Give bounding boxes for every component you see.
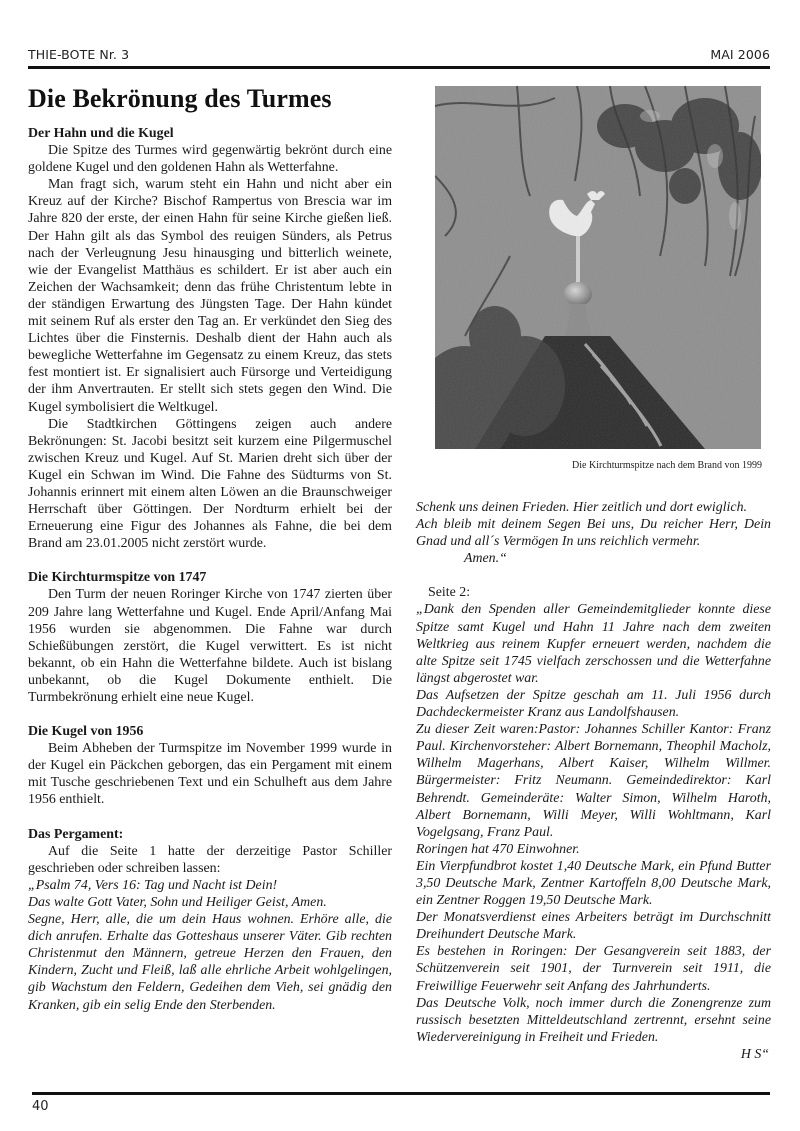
quote-line: „Dank den Spenden aller Gemeindemitglied…	[416, 601, 771, 686]
quote-line: Schenk uns deinen Frieden. Hier zeitlich…	[416, 499, 771, 516]
newsletter-page: THIE-BOTE Nr. 3 MAI 2006 Die Bekrönung d…	[0, 0, 800, 1131]
spacer	[28, 706, 392, 723]
paragraph: Den Turm der neuen Roringer Kirche von 1…	[28, 586, 392, 706]
paragraph: Die Stadtkirchen Göttingens zeigen auch …	[28, 416, 392, 553]
quote-line: Das Deutsche Volk, noch immer durch die …	[416, 995, 771, 1046]
page-two-label: Seite 2:	[416, 584, 771, 601]
spacer	[416, 567, 771, 584]
publication-name: THIE-BOTE Nr. 3	[28, 47, 129, 62]
spire-photo	[435, 86, 761, 449]
left-column: Der Hahn und die Kugel Die Spitze des Tu…	[28, 125, 392, 1014]
section-heading: Das Pergament:	[28, 826, 392, 843]
section-heading: Die Kirchturmspitze von 1747	[28, 569, 392, 586]
signature: H S“	[416, 1046, 771, 1063]
church-spire-weathervane-rooster-image	[435, 86, 761, 449]
photo-caption: Die Kirchturmspitze nach dem Brand von 1…	[416, 460, 762, 471]
quote-line: Es bestehen in Roringen: Der Gesangverei…	[416, 943, 771, 994]
spacer	[28, 809, 392, 826]
paragraph: Die Spitze des Turmes wird gegenwärtig b…	[28, 142, 392, 176]
quote-line: Ach bleib mit deinem Segen Bei uns, Du r…	[416, 516, 771, 550]
quote-line: Ein Vierpfundbrot kostet 1,40 Deutsche M…	[416, 858, 771, 909]
quote-line: Roringen hat 470 Einwohner.	[416, 841, 771, 858]
page-number: 40	[32, 1099, 49, 1114]
article-title: Die Bekrönung des Turmes	[28, 84, 332, 114]
quote-line: Der Monatsverdienst eines Arbeiters betr…	[416, 909, 771, 943]
quote-line: Das walte Gott Vater, Sohn und Heiliger …	[28, 894, 392, 911]
spacer	[28, 552, 392, 569]
paragraph: Auf die Seite 1 hatte der derzeitige Pas…	[28, 843, 392, 877]
section-heading: Der Hahn und die Kugel	[28, 125, 392, 142]
quote-line: Das Aufsetzen der Spitze geschah am 11. …	[416, 687, 771, 721]
quote-line: Segne, Herr, alle, die um dein Haus wohn…	[28, 911, 392, 1014]
quote-line: „Psalm 74, Vers 16: Tag und Nacht ist De…	[28, 877, 392, 894]
section-heading: Die Kugel von 1956	[28, 723, 392, 740]
paragraph: Beim Abheben der Turmspitze im November …	[28, 740, 392, 808]
paragraph: Man fragt sich, warum steht ein Hahn und…	[28, 176, 392, 415]
right-column: Schenk uns deinen Frieden. Hier zeitlich…	[416, 499, 771, 1063]
quote-line: Zu dieser Zeit waren:Pastor: Johannes Sc…	[416, 721, 771, 841]
header-divider	[28, 66, 770, 69]
quote-amen: Amen.“	[416, 550, 771, 567]
footer-divider	[32, 1092, 770, 1095]
issue-date: MAI 2006	[710, 47, 770, 62]
